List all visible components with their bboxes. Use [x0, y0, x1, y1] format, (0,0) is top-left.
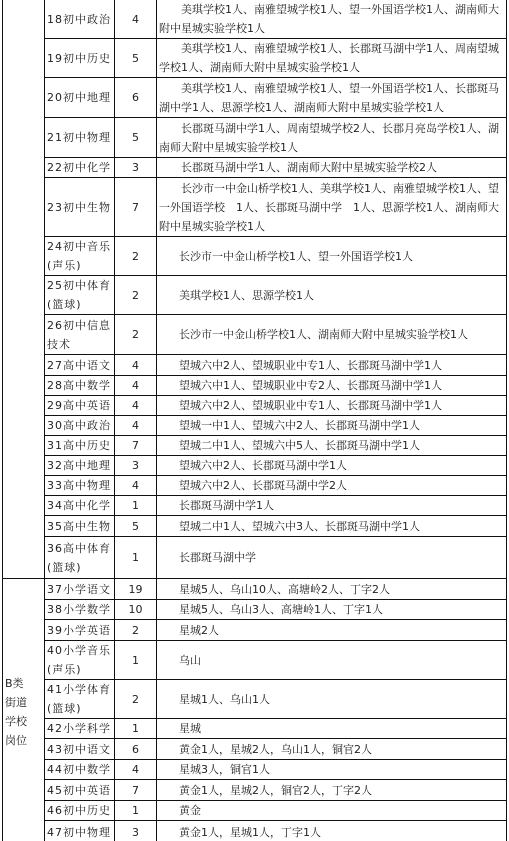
distribution-cell: 望城六中2人、望城职业中专1人、长郡斑马湖中学1人: [157, 355, 507, 376]
count-cell: 4: [115, 376, 157, 396]
distribution-cell: 美琪学校1人、南雅望城学校1人、长郡斑马湖中学1人、周南望城学校1人、湖南师大附…: [157, 39, 507, 78]
table-row: 32高中地理3望城六中2人、长郡斑马湖中学1人: [3, 456, 507, 476]
table-row: 31高中历史7望城二中1人、望城六中5人、长郡斑马湖中学1人: [3, 436, 507, 456]
distribution-cell: 望城六中1人、望城职业中专2人、长郡斑马湖中学1人: [157, 376, 507, 396]
count-cell: 2: [115, 276, 157, 315]
count-cell: 6: [115, 78, 157, 118]
count-cell: 19: [115, 579, 157, 600]
category-label-line: 学校: [5, 712, 42, 731]
count-cell: 2: [115, 620, 157, 641]
table-row: 38小学数学10星城5人、乌山3人、高塘岭1人、丁字1人: [3, 600, 507, 620]
distribution-cell: 望城二中1人、望城六中5人、长郡斑马湖中学1人: [157, 436, 507, 456]
category-label-line: 岗位: [5, 731, 42, 750]
distribution-cell: 长郡斑马湖中学1人、湖南师大附中星城实验学校2人: [157, 158, 507, 178]
subject-cell: 37小学语文: [45, 579, 115, 600]
subject-cell: 33高中物理: [45, 476, 115, 496]
table-row: 36高中体育(篮球)1长郡斑马湖中学: [3, 537, 507, 579]
table-row: 20初中地理6美琪学校1人、南雅望城学校1人、望一外国语学校1人、长郡斑马湖中学…: [3, 78, 507, 118]
table-row: 34高中化学1长郡斑马湖中学1人: [3, 496, 507, 516]
subject-cell: 35高中生物: [45, 516, 115, 537]
distribution-cell: 望城一中1人、望城六中2人、长郡斑马湖中学1人: [157, 416, 507, 436]
count-cell: 1: [115, 719, 157, 739]
distribution-cell: 美琪学校1人、南雅望城学校1人、望一外国语学校1人、湖南师大附中星城实验学校1人: [157, 0, 507, 39]
distribution-cell: 长郡斑马湖中学1人、周南望城学校2人、长郡月亮岛学校1人、湖南师大附中星城实验学…: [157, 118, 507, 158]
subject-cell: 30高中政治: [45, 416, 115, 436]
table-row: 41小学体育(篮球)2星城1人、乌山1人: [3, 680, 507, 719]
distribution-cell: 黄金1人，星城2人，乌山1人，铜官2人: [157, 739, 507, 760]
count-cell: 7: [115, 780, 157, 801]
table-row: 26初中信息技术2长沙市一中金山桥学校1人、湖南师大附中星城实验学校1人: [3, 315, 507, 355]
distribution-cell: 星城2人: [157, 620, 507, 641]
subject-cell: 29高中英语: [45, 396, 115, 416]
subject-cell: 25初中体育(篮球): [45, 276, 115, 315]
subject-cell: 39小学英语: [45, 620, 115, 641]
table-body: 18初中政治4美琪学校1人、南雅望城学校1人、望一外国语学校1人、湖南师大附中星…: [3, 0, 507, 841]
count-cell: 4: [115, 760, 157, 780]
count-cell: 5: [115, 39, 157, 78]
table-row: 47初中物理3黄金1人，星城1人，丁字1人: [3, 821, 507, 841]
count-cell: 1: [115, 537, 157, 579]
teacher-posts-table: 18初中政治4美琪学校1人、南雅望城学校1人、望一外国语学校1人、湖南师大附中星…: [2, 0, 507, 841]
distribution-cell: 黄金: [157, 801, 507, 821]
distribution-cell: 望城二中1人、望城六中3人、长郡斑马湖中学1人: [157, 516, 507, 537]
table-row: 18初中政治4美琪学校1人、南雅望城学校1人、望一外国语学校1人、湖南师大附中星…: [3, 0, 507, 39]
count-cell: 2: [115, 680, 157, 719]
table-row: 35高中生物5望城二中1人、望城六中3人、长郡斑马湖中学1人: [3, 516, 507, 537]
category-label-line: B类: [5, 674, 42, 693]
count-cell: 7: [115, 436, 157, 456]
table-row: 29高中英语4望城六中2人、望城职业中专1人、长郡斑马湖中学1人: [3, 396, 507, 416]
distribution-cell: 黄金1人，星城1人，丁字1人: [157, 821, 507, 841]
subject-cell: 45初中英语: [45, 780, 115, 801]
distribution-cell: 望城六中2人、长郡斑马湖中学1人: [157, 456, 507, 476]
table-row: 19初中历史5美琪学校1人、南雅望城学校1人、长郡斑马湖中学1人、周南望城学校1…: [3, 39, 507, 78]
count-cell: 1: [115, 496, 157, 516]
table-row: 40小学音乐(声乐)1乌山: [3, 641, 507, 680]
distribution-cell: 长郡斑马湖中学: [157, 537, 507, 579]
subject-cell: 44初中数学: [45, 760, 115, 780]
distribution-cell: 星城5人、乌山3人、高塘岭1人、丁字1人: [157, 600, 507, 620]
subject-cell: 32高中地理: [45, 456, 115, 476]
subject-cell: 43初中语文: [45, 739, 115, 760]
subject-cell: 34高中化学: [45, 496, 115, 516]
table-row: 28高中数学4望城六中1人、望城职业中专2人、长郡斑马湖中学1人: [3, 376, 507, 396]
table-row: 39小学英语2星城2人: [3, 620, 507, 641]
count-cell: 1: [115, 801, 157, 821]
table-row: 24初中音乐(声乐)2长沙市一中金山桥学校1人、望一外国语学校1人: [3, 237, 507, 276]
distribution-cell: 美琪学校1人、南雅望城学校1人、望一外国语学校1人、长郡斑马湖中学1人、思源学校…: [157, 78, 507, 118]
subject-cell: 20初中地理: [45, 78, 115, 118]
subject-cell: 46初中历史: [45, 801, 115, 821]
distribution-cell: 望城六中2人、望城职业中专1人、长郡斑马湖中学1人: [157, 396, 507, 416]
table-row: 30高中政治4望城一中1人、望城六中2人、长郡斑马湖中学1人: [3, 416, 507, 436]
count-cell: 3: [115, 158, 157, 178]
distribution-cell: 长沙市一中金山桥学校1人、望一外国语学校1人: [157, 237, 507, 276]
distribution-cell: 星城1人、乌山1人: [157, 680, 507, 719]
distribution-cell: 黄金1人，星城2人，铜官2人，丁字2人: [157, 780, 507, 801]
distribution-cell: 星城3人，铜官1人: [157, 760, 507, 780]
count-cell: 5: [115, 516, 157, 537]
table-row: 22初中化学3长郡斑马湖中学1人、湖南师大附中星城实验学校2人: [3, 158, 507, 178]
subject-cell: 40小学音乐(声乐): [45, 641, 115, 680]
category-cell-b: B类街道学校岗位: [3, 579, 45, 841]
table-row: 44初中数学4星城3人，铜官1人: [3, 760, 507, 780]
subject-cell: 19初中历史: [45, 39, 115, 78]
subject-cell: 23初中生物: [45, 178, 115, 237]
count-cell: 4: [115, 416, 157, 436]
count-cell: 3: [115, 456, 157, 476]
subject-cell: 41小学体育(篮球): [45, 680, 115, 719]
table-row: 46初中历史1黄金: [3, 801, 507, 821]
distribution-cell: 星城5人、乌山10人、高塘岭2人、丁字2人: [157, 579, 507, 600]
category-cell-a: [3, 0, 45, 579]
table-row: 27高中语文4望城六中2人、望城职业中专1人、长郡斑马湖中学1人: [3, 355, 507, 376]
subject-cell: 26初中信息技术: [45, 315, 115, 355]
count-cell: 4: [115, 0, 157, 39]
count-cell: 2: [115, 315, 157, 355]
subject-cell: 28高中数学: [45, 376, 115, 396]
count-cell: 4: [115, 355, 157, 376]
count-cell: 4: [115, 396, 157, 416]
subject-cell: 42小学科学: [45, 719, 115, 739]
subject-cell: 31高中历史: [45, 436, 115, 456]
table-row: 23初中生物7长沙市一中金山桥学校1人、美琪学校1人、南雅望城学校1人、望一外国…: [3, 178, 507, 237]
subject-cell: 36高中体育(篮球): [45, 537, 115, 579]
count-cell: 1: [115, 641, 157, 680]
table-row: 42小学科学1星城: [3, 719, 507, 739]
count-cell: 10: [115, 600, 157, 620]
distribution-cell: 乌山: [157, 641, 507, 680]
subject-cell: 21初中物理: [45, 118, 115, 158]
distribution-cell: 望城六中2人、长郡斑马湖中学2人: [157, 476, 507, 496]
table-row: 25初中体育(篮球)2美琪学校1人、思源学校1人: [3, 276, 507, 315]
subject-cell: 24初中音乐(声乐): [45, 237, 115, 276]
subject-cell: 27高中语文: [45, 355, 115, 376]
subject-cell: 47初中物理: [45, 821, 115, 841]
distribution-cell: 美琪学校1人、思源学校1人: [157, 276, 507, 315]
subject-cell: 22初中化学: [45, 158, 115, 178]
subject-cell: 18初中政治: [45, 0, 115, 39]
distribution-cell: 长郡斑马湖中学1人: [157, 496, 507, 516]
count-cell: 3: [115, 821, 157, 841]
table-row: 21初中物理5长郡斑马湖中学1人、周南望城学校2人、长郡月亮岛学校1人、湖南师大…: [3, 118, 507, 158]
table-row: 33高中物理4望城六中2人、长郡斑马湖中学2人: [3, 476, 507, 496]
distribution-cell: 长沙市一中金山桥学校1人、湖南师大附中星城实验学校1人: [157, 315, 507, 355]
table-row: B类街道学校岗位37小学语文19星城5人、乌山10人、高塘岭2人、丁字2人: [3, 579, 507, 600]
count-cell: 4: [115, 476, 157, 496]
count-cell: 2: [115, 237, 157, 276]
table-row: 45初中英语7黄金1人，星城2人，铜官2人，丁字2人: [3, 780, 507, 801]
count-cell: 7: [115, 178, 157, 237]
distribution-cell: 长沙市一中金山桥学校1人、美琪学校1人、南雅望城学校1人、望一外国语学校 1人、…: [157, 178, 507, 237]
category-label-line: 街道: [5, 693, 42, 712]
count-cell: 6: [115, 739, 157, 760]
table-row: 43初中语文6黄金1人，星城2人，乌山1人，铜官2人: [3, 739, 507, 760]
count-cell: 5: [115, 118, 157, 158]
distribution-cell: 星城: [157, 719, 507, 739]
subject-cell: 38小学数学: [45, 600, 115, 620]
